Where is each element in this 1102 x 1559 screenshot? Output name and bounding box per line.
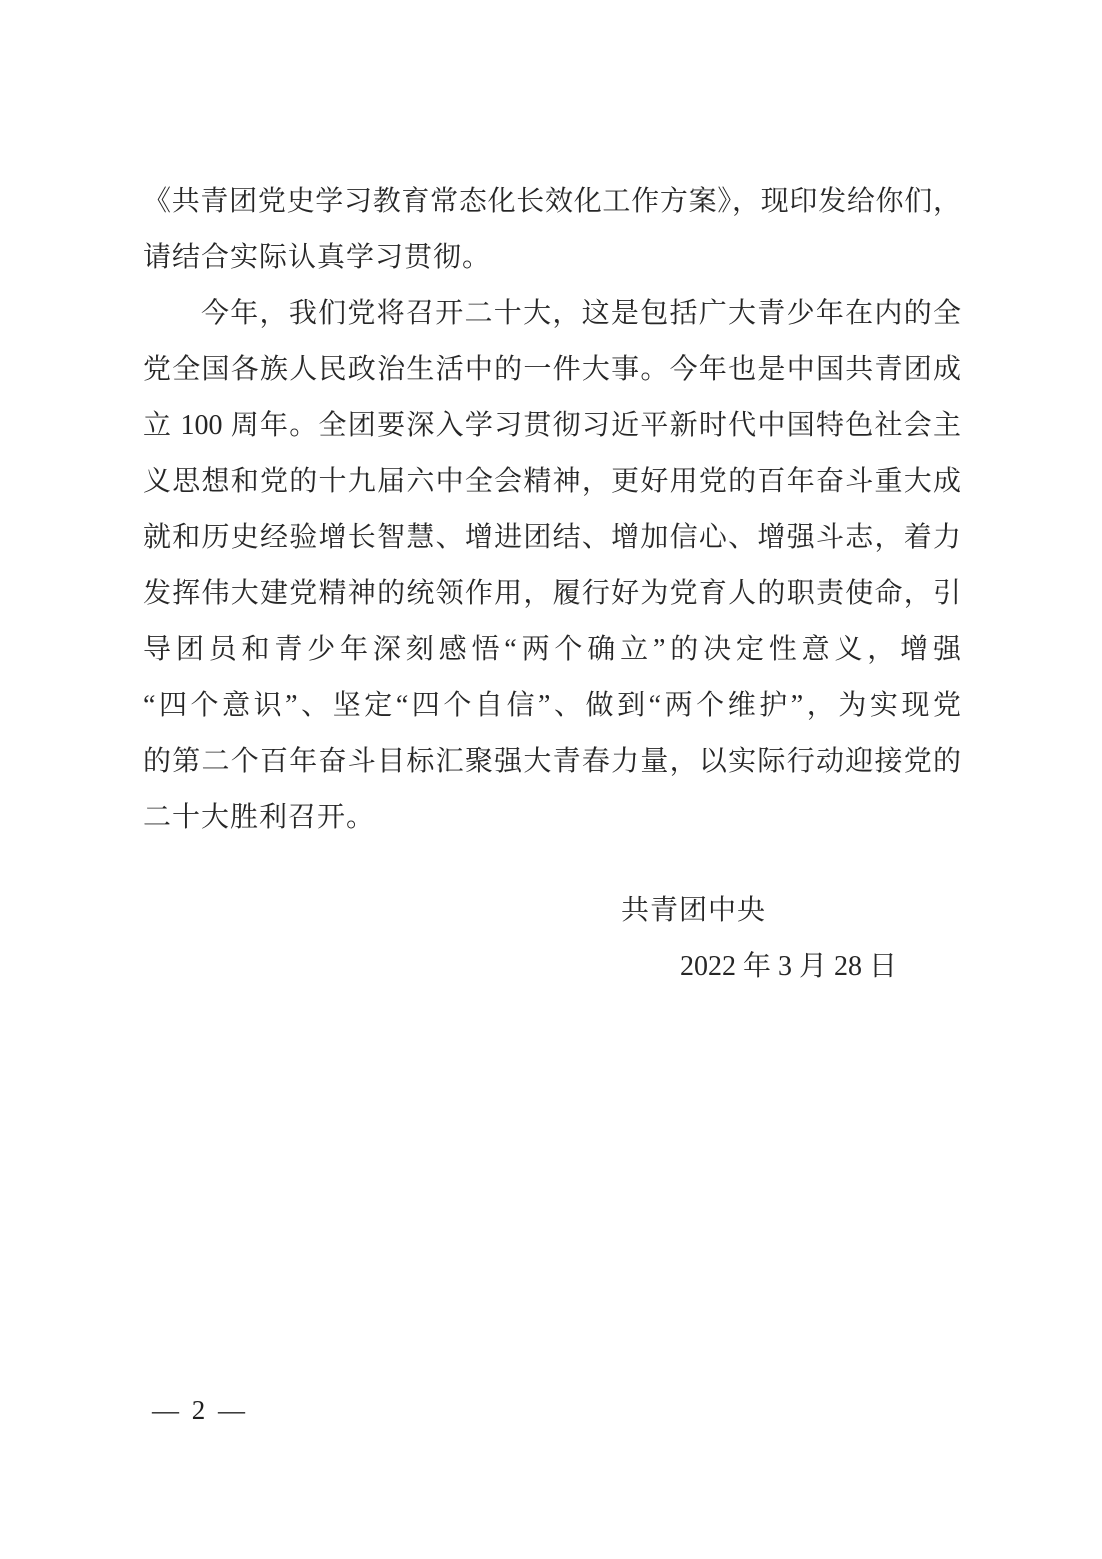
document-line: 二十大胜利召开。 bbox=[143, 790, 961, 846]
document-line: 发挥伟大建党精神的统领作用，履行好为党育人的职责使命，引 bbox=[143, 566, 961, 622]
document-line: 的第二个百年奋斗目标汇聚强大青春力量，以实际行动迎接党的 bbox=[143, 734, 961, 790]
document-line: 立 100 周年。全团要深入学习贯彻习近平新时代中国特色社会主 bbox=[143, 398, 961, 454]
document-line: 导团员和青少年深刻感悟“两个确立”的决定性意义，增强 bbox=[143, 622, 961, 678]
document-line: 党全国各族人民政治生活中的一件大事。今年也是中国共青团成 bbox=[143, 342, 961, 398]
document-line: 《共青团党史学习教育常态化长效化工作方案》，现印发给你们， bbox=[143, 174, 961, 230]
page-number: — 2 — bbox=[152, 1392, 248, 1428]
document-body: 《共青团党史学习教育常态化长效化工作方案》，现印发给你们， 请结合实际认真学习贯… bbox=[143, 174, 961, 846]
document-line: “四个意识”、坚定“四个自信”、做到“两个维护”，为实现党 bbox=[143, 678, 961, 734]
signature-organization: 共青团中央 bbox=[143, 883, 961, 939]
signature-date: 2022 年 3 月 28 日 bbox=[143, 939, 961, 995]
document-line: 今年，我们党将召开二十大，这是包括广大青少年在内的全 bbox=[143, 286, 961, 342]
document-page: 《共青团党史学习教育常态化长效化工作方案》，现印发给你们， 请结合实际认真学习贯… bbox=[0, 0, 1102, 1559]
document-line: 就和历史经验增长智慧、增进团结、增加信心、增强斗志，着力 bbox=[143, 510, 961, 566]
document-line: 义思想和党的十九届六中全会精神，更好用党的百年奋斗重大成 bbox=[143, 454, 961, 510]
document-line: 请结合实际认真学习贯彻。 bbox=[143, 230, 961, 286]
